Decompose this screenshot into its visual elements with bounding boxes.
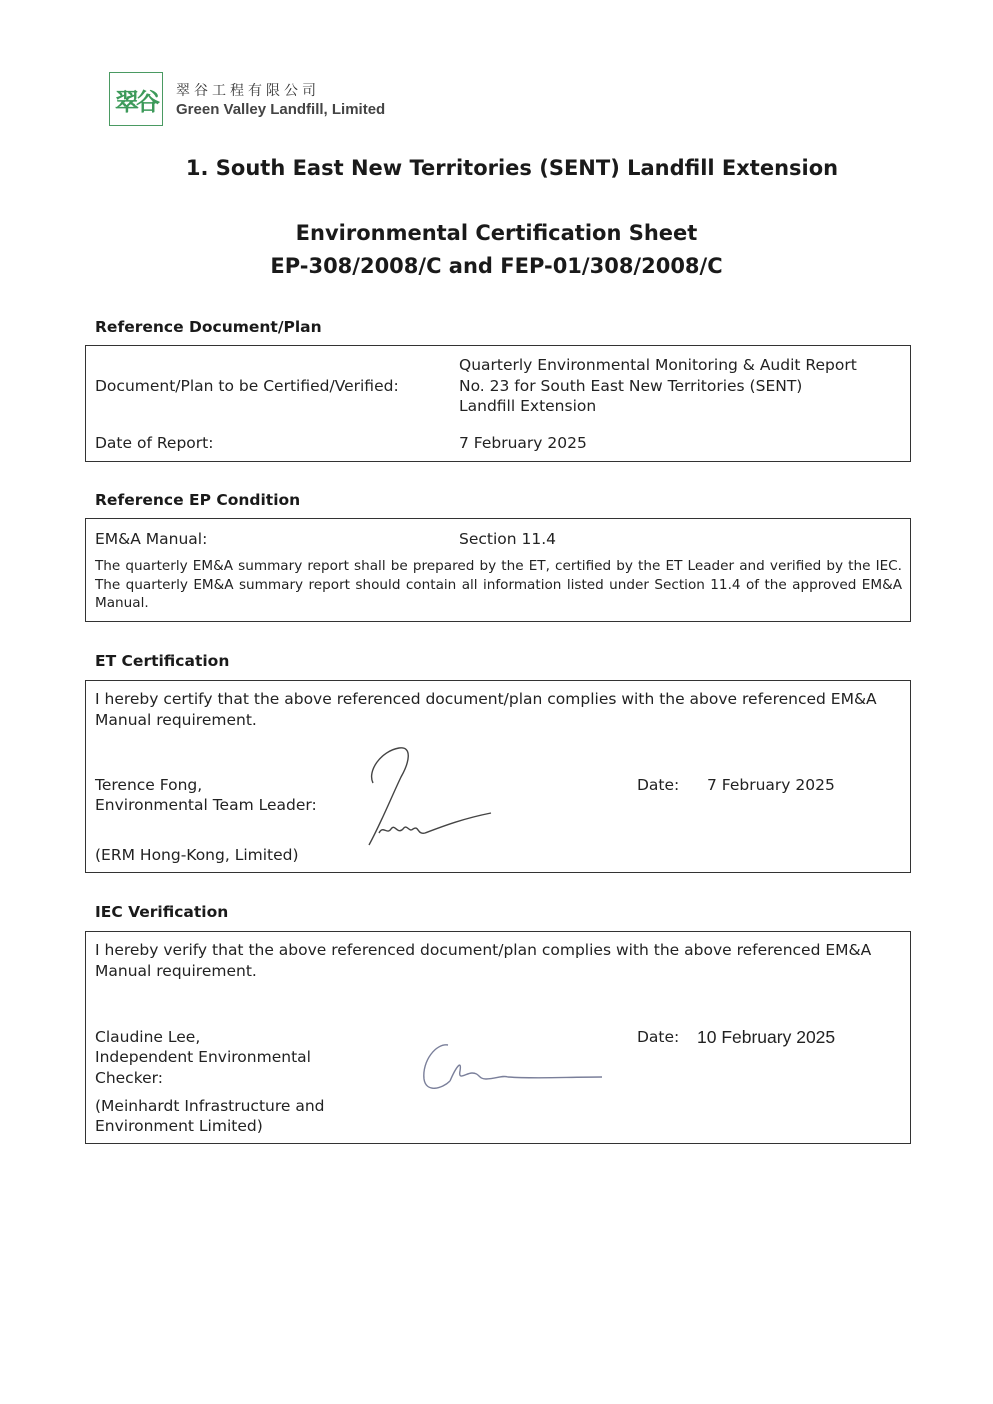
doc-value-line-3: Landfill Extension — [459, 396, 596, 417]
iec-verification-box: I hereby verify that the above reference… — [85, 931, 911, 1144]
section-label-reference-document: Reference Document/Plan — [95, 318, 322, 336]
date-of-report-value: 7 February 2025 — [459, 433, 587, 454]
iec-signature — [416, 1037, 606, 1097]
section-label-iec-verification: IEC Verification — [95, 903, 228, 921]
et-signatory-role: Environmental Team Leader: — [95, 795, 317, 816]
manual-label: EM&A Manual: — [95, 529, 207, 550]
permit-numbers: EP-308/2008/C and FEP-01/308/2008/C — [0, 254, 993, 278]
company-name-chinese: 翠谷工程有限公司 — [176, 80, 320, 100]
company-name-english: Green Valley Landfill, Limited — [176, 101, 385, 118]
iec-date-label: Date: — [637, 1027, 679, 1048]
et-date-label: Date: — [637, 775, 679, 796]
date-of-report-label: Date of Report: — [95, 433, 213, 454]
et-statement: I hereby certify that the above referenc… — [95, 689, 900, 730]
company-logo: 翠谷 — [109, 72, 163, 126]
ep-condition-text: The quarterly EM&A summary report shall … — [95, 557, 902, 613]
logo-glyph: 翠谷 — [115, 82, 157, 117]
document-main-title: 1. South East New Territories (SENT) Lan… — [0, 156, 993, 180]
et-certification-box: I hereby certify that the above referenc… — [85, 680, 911, 873]
et-signatory-org: (ERM Hong-Kong, Limited) — [95, 845, 299, 866]
doc-value-line-1: Quarterly Environmental Monitoring & Aud… — [459, 355, 857, 376]
doc-label: Document/Plan to be Certified/Verified: — [95, 376, 399, 397]
reference-document-box: Document/Plan to be Certified/Verified: … — [85, 345, 911, 462]
iec-signatory-role-line-2: Checker: — [95, 1068, 163, 1089]
section-label-et-certification: ET Certification — [95, 652, 229, 670]
reference-ep-box: EM&A Manual: Section 11.4 The quarterly … — [85, 518, 911, 622]
iec-statement: I hereby verify that the above reference… — [95, 940, 900, 981]
iec-signatory-name: Claudine Lee, — [95, 1027, 200, 1048]
manual-value: Section 11.4 — [459, 529, 556, 550]
et-signatory-name: Terence Fong, — [95, 775, 202, 796]
sheet-title: Environmental Certification Sheet — [0, 221, 993, 245]
iec-signatory-org-line-2: Environment Limited) — [95, 1116, 263, 1137]
iec-signatory-org-line-1: (Meinhardt Infrastructure and — [95, 1096, 325, 1117]
section-label-reference-ep: Reference EP Condition — [95, 491, 300, 509]
et-date-value: 7 February 2025 — [707, 775, 835, 796]
iec-date-value: 10 February 2025 — [697, 1027, 835, 1048]
doc-value-line-2: No. 23 for South East New Territories (S… — [459, 376, 802, 397]
et-signature — [361, 743, 501, 853]
iec-signatory-role-line-1: Independent Environmental — [95, 1047, 311, 1068]
